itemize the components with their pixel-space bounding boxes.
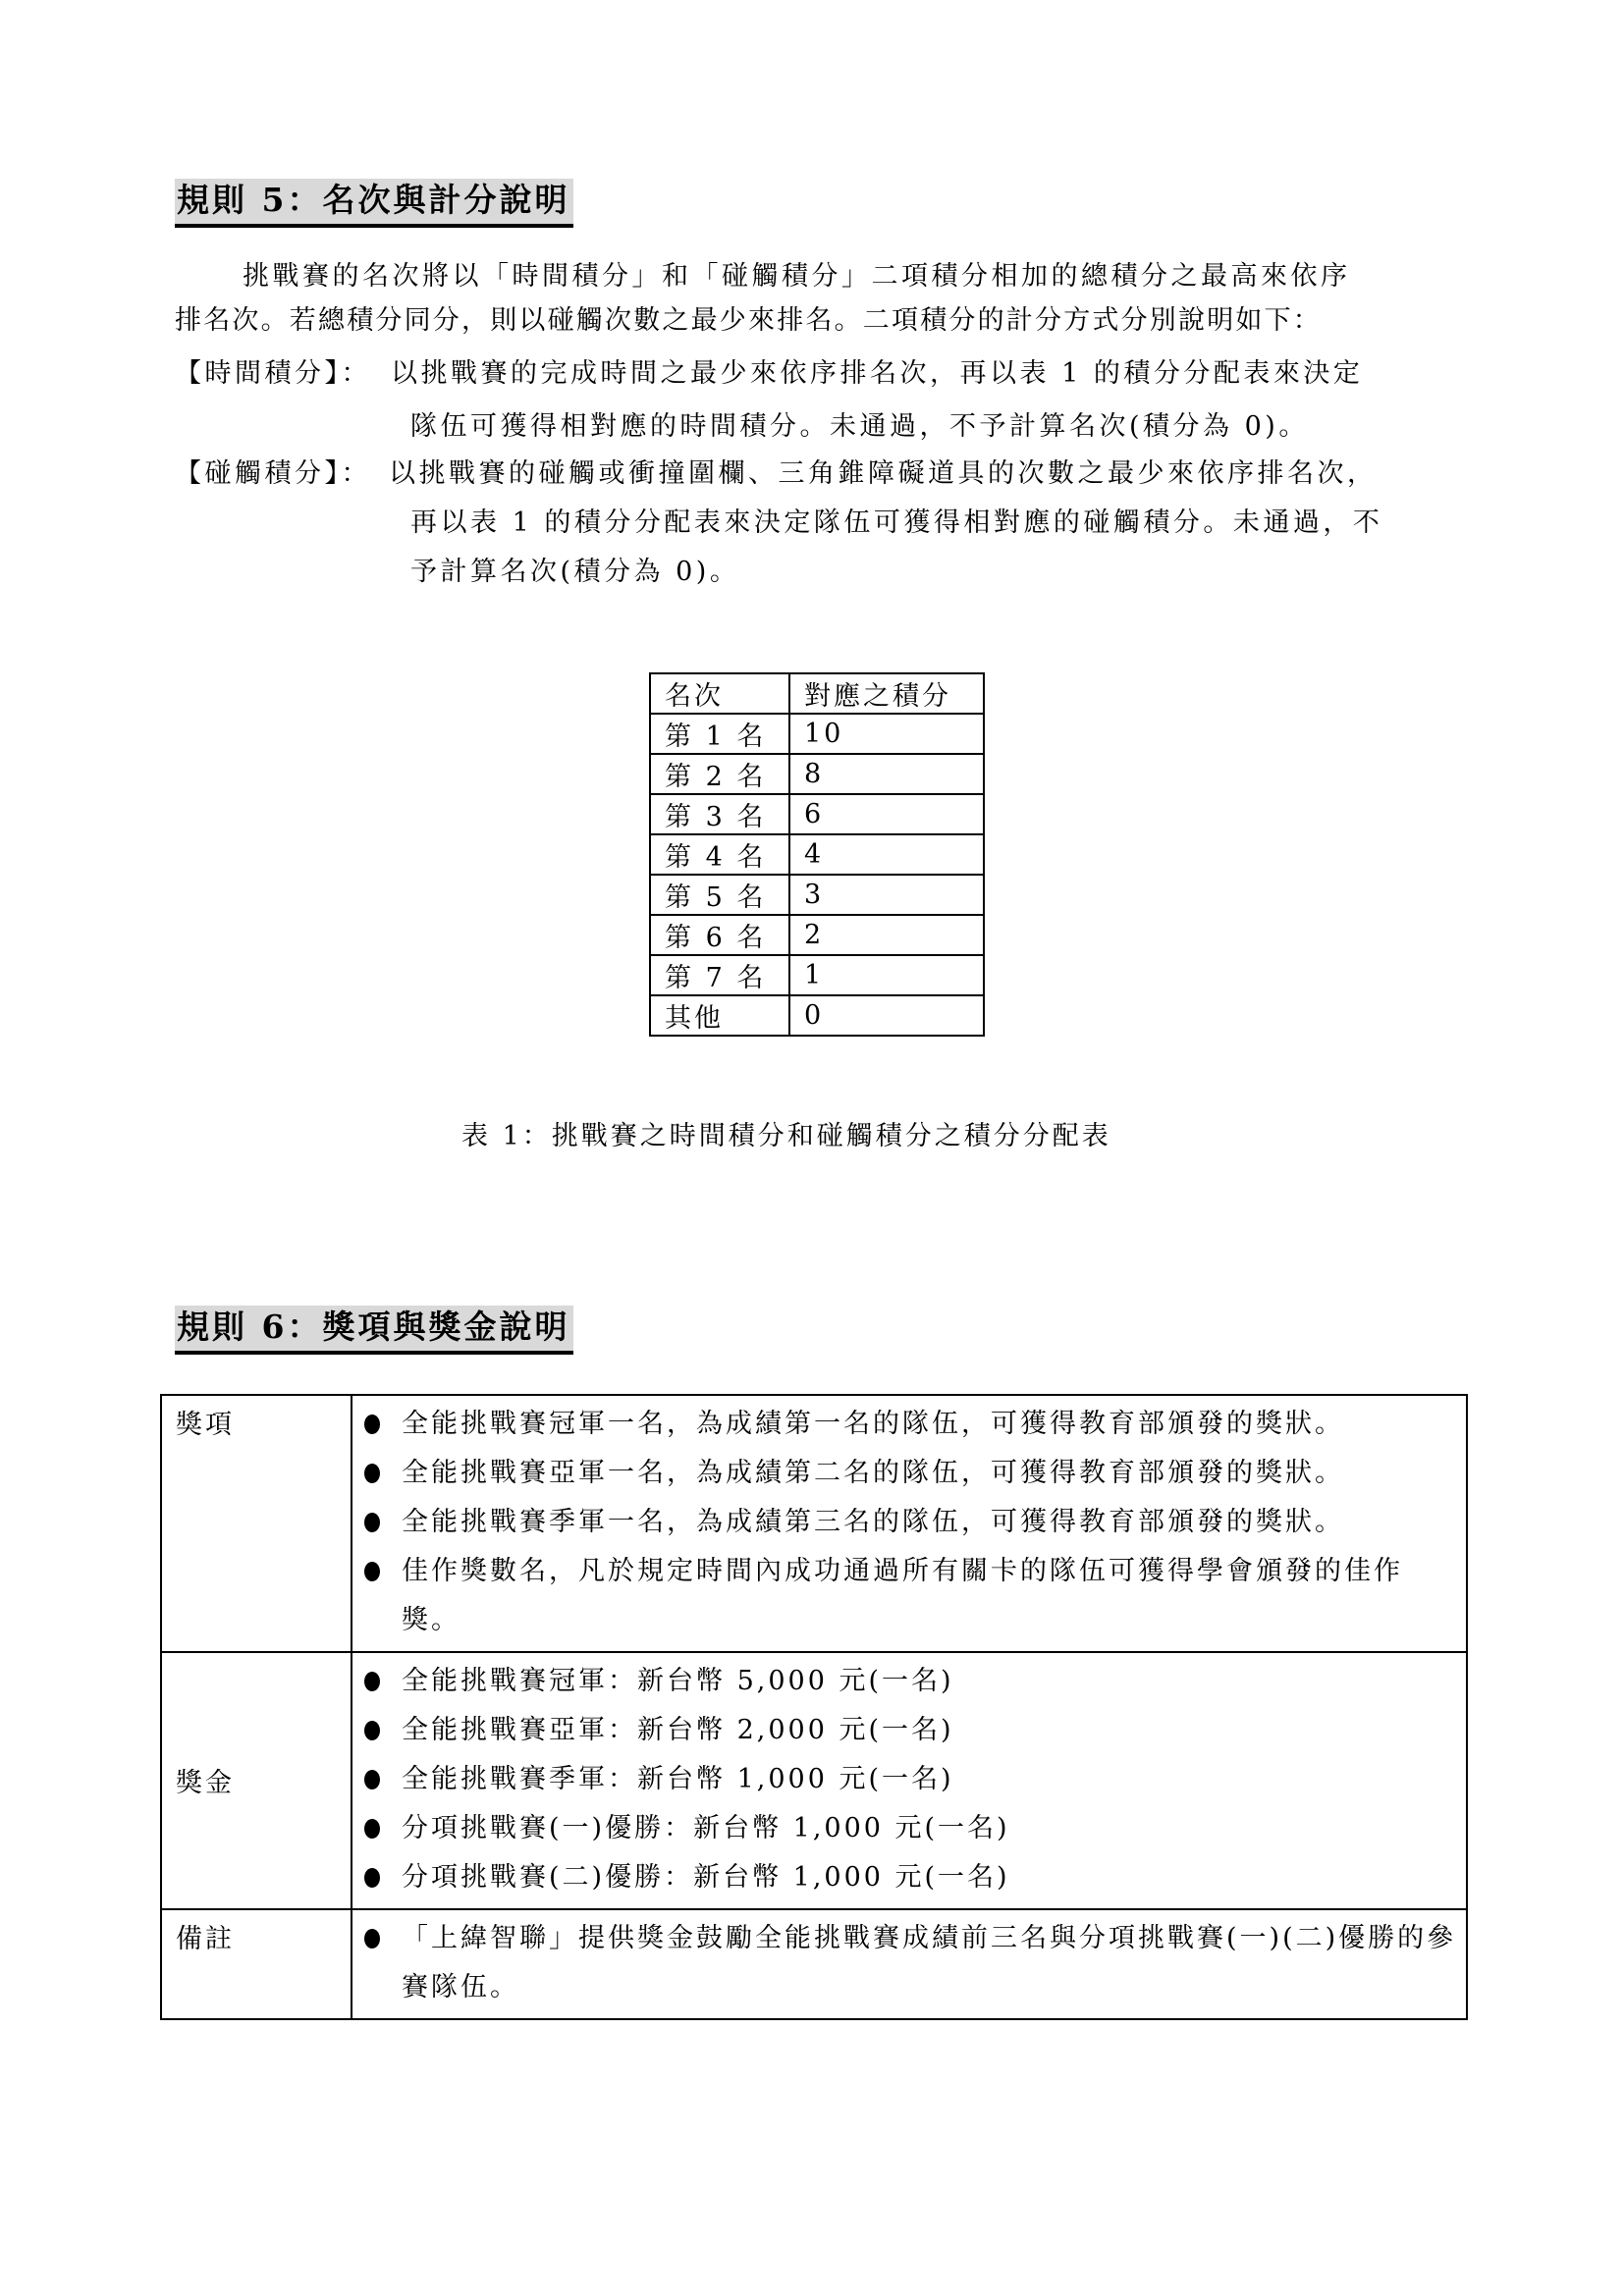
rule6-heading-text: 規則 6：獎項與獎金說明 (177, 1306, 569, 1349)
list-item-text: 全能挑戰賽季軍：新台幣 1,000 元(一名) (402, 1755, 1458, 1804)
list-item-text: 分項挑戰賽(二)優勝：新台幣 1,000 元(一名) (402, 1853, 1458, 1902)
rank-cell: 第 5 名 (650, 875, 789, 915)
rule6-heading: 規則 6：獎項與獎金說明 (175, 1306, 573, 1355)
score-cell: 0 (789, 995, 984, 1036)
notes-label: 備註 (161, 1909, 352, 2019)
list-item: 分項挑戰賽(一)優勝：新台幣 1,000 元(一名) (364, 1804, 1458, 1853)
rank-cell: 第 6 名 (650, 915, 789, 955)
bullet-icon (364, 1929, 380, 1949)
list-item-text: 佳作獎數名，凡於規定時間內成功通過所有關卡的隊伍可獲得學會頒發的佳作獎。 (402, 1547, 1458, 1645)
table-caption: 表 1：挑戰賽之時間積分和碰觸積分之積分分配表 (461, 1114, 1111, 1152)
score-cell: 3 (789, 875, 984, 915)
touch-score-line1: 以挑戰賽的碰觸或衝撞圍欄、三角錐障礙道具的次數之最少來依序排名次， (389, 452, 1378, 496)
rank-cell: 第 1 名 (650, 714, 789, 754)
table-row: 第 4 名 4 (650, 834, 984, 875)
time-score-line2: 隊伍可獲得相對應的時間積分。未通過，不予計算名次(積分為 0)。 (410, 404, 1309, 449)
bullet-icon (364, 1415, 380, 1434)
header-rank: 名次 (650, 673, 789, 714)
notes-row: 備註 「上緯智聯」提供獎金鼓勵全能挑戰賽成績前三名與分項挑戰賽(一)(二)優勝的… (161, 1909, 1467, 2019)
score-cell: 8 (789, 754, 984, 794)
list-item-text: 全能挑戰賽亞軍：新台幣 2,000 元(一名) (402, 1706, 1458, 1755)
awards-content: 全能挑戰賽冠軍一名，為成績第一名的隊伍，可獲得教育部頒發的獎狀。 全能挑戰賽亞軍… (352, 1395, 1467, 1652)
rule5-intro-line1: 挑戰賽的名次將以「時間積分」和「碰觸積分」二項積分相加的總積分之最高來依序 (243, 254, 1351, 298)
table-row: 第 3 名 6 (650, 794, 984, 834)
score-cell: 6 (789, 794, 984, 834)
table-row: 第 6 名 2 (650, 915, 984, 955)
score-cell: 10 (789, 714, 984, 754)
list-item-text: 全能挑戰賽季軍一名，為成績第三名的隊伍，可獲得教育部頒發的獎狀。 (402, 1498, 1458, 1547)
prize-money-label: 獎金 (161, 1652, 352, 1909)
list-item: 全能挑戰賽冠軍：新台幣 5,000 元(一名) (364, 1657, 1458, 1706)
list-item: 分項挑戰賽(二)優勝：新台幣 1,000 元(一名) (364, 1853, 1458, 1902)
time-score-label: 【時間積分】： (175, 351, 371, 396)
list-item-text: 全能挑戰賽冠軍一名，為成績第一名的隊伍，可獲得教育部頒發的獎狀。 (402, 1400, 1458, 1449)
notes-content: 「上緯智聯」提供獎金鼓勵全能挑戰賽成績前三名與分項挑戰賽(一)(二)優勝的參賽隊… (352, 1909, 1467, 2019)
list-item: 「上緯智聯」提供獎金鼓勵全能挑戰賽成績前三名與分項挑戰賽(一)(二)優勝的參賽隊… (364, 1914, 1458, 2012)
time-score-line1: 以挑戰賽的完成時間之最少來依序排名次，再以表 1 的積分分配表來決定 (391, 351, 1363, 396)
awards-row: 獎項 全能挑戰賽冠軍一名，為成績第一名的隊伍，可獲得教育部頒發的獎狀。 全能挑戰… (161, 1395, 1467, 1652)
list-item: 全能挑戰賽冠軍一名，為成績第一名的隊伍，可獲得教育部頒發的獎狀。 (364, 1400, 1458, 1449)
score-cell: 1 (789, 955, 984, 995)
bullet-icon (364, 1464, 380, 1483)
rank-cell: 其他 (650, 995, 789, 1036)
list-item-text: 「上緯智聯」提供獎金鼓勵全能挑戰賽成績前三名與分項挑戰賽(一)(二)優勝的參賽隊… (402, 1914, 1458, 2012)
touch-score-line3: 予計算名次(積分為 0)。 (410, 550, 739, 594)
list-item-text: 全能挑戰賽冠軍：新台幣 5,000 元(一名) (402, 1657, 1458, 1706)
table-row: 第 1 名 10 (650, 714, 984, 754)
score-cell: 2 (789, 915, 984, 955)
prize-money-row: 獎金 全能挑戰賽冠軍：新台幣 5,000 元(一名) 全能挑戰賽亞軍：新台幣 2… (161, 1652, 1467, 1909)
bullet-icon (364, 1562, 380, 1581)
touch-score-line2: 再以表 1 的積分分配表來決定隊伍可獲得相對應的碰觸積分。未通過，不 (410, 501, 1382, 545)
table-row: 第 2 名 8 (650, 754, 984, 794)
bullet-icon (364, 1770, 380, 1789)
rule5-intro-line2: 排名次。若總積分同分，則以碰觸次數之最少來排名。二項積分的計分方式分別說明如下： (175, 298, 1322, 343)
table-row: 第 7 名 1 (650, 955, 984, 995)
rule5-heading-text: 規則 5：名次與計分說明 (177, 179, 569, 222)
rank-cell: 第 2 名 (650, 754, 789, 794)
touch-score-label: 【碰觸積分】： (175, 452, 371, 496)
score-distribution-table: 名次 對應之積分 第 1 名 10 第 2 名 8 第 3 名 6 第 4 名 … (649, 672, 985, 1037)
list-item-text: 分項挑戰賽(一)優勝：新台幣 1,000 元(一名) (402, 1804, 1458, 1853)
list-item-text: 全能挑戰賽亞軍一名，為成績第二名的隊伍，可獲得教育部頒發的獎狀。 (402, 1449, 1458, 1498)
score-cell: 4 (789, 834, 984, 875)
header-score: 對應之積分 (789, 673, 984, 714)
rank-cell: 第 7 名 (650, 955, 789, 995)
bullet-icon (364, 1868, 380, 1888)
table-row: 其他 0 (650, 995, 984, 1036)
awards-label: 獎項 (161, 1395, 352, 1652)
table-header-row: 名次 對應之積分 (650, 673, 984, 714)
bullet-icon (364, 1819, 380, 1839)
document-page: 規則 5：名次與計分說明 挑戰賽的名次將以「時間積分」和「碰觸積分」二項積分相加… (0, 0, 1624, 2296)
rule5-heading: 規則 5：名次與計分說明 (175, 179, 573, 228)
table-row: 第 5 名 3 (650, 875, 984, 915)
bullet-icon (364, 1513, 380, 1532)
awards-table: 獎項 全能挑戰賽冠軍一名，為成績第一名的隊伍，可獲得教育部頒發的獎狀。 全能挑戰… (160, 1394, 1468, 2020)
bullet-icon (364, 1672, 380, 1691)
prize-money-content: 全能挑戰賽冠軍：新台幣 5,000 元(一名) 全能挑戰賽亞軍：新台幣 2,00… (352, 1652, 1467, 1909)
rank-cell: 第 3 名 (650, 794, 789, 834)
list-item: 全能挑戰賽季軍：新台幣 1,000 元(一名) (364, 1755, 1458, 1804)
list-item: 全能挑戰賽亞軍：新台幣 2,000 元(一名) (364, 1706, 1458, 1755)
list-item: 佳作獎數名，凡於規定時間內成功通過所有關卡的隊伍可獲得學會頒發的佳作獎。 (364, 1547, 1458, 1645)
rank-cell: 第 4 名 (650, 834, 789, 875)
list-item: 全能挑戰賽季軍一名，為成績第三名的隊伍，可獲得教育部頒發的獎狀。 (364, 1498, 1458, 1547)
bullet-icon (364, 1721, 380, 1740)
list-item: 全能挑戰賽亞軍一名，為成績第二名的隊伍，可獲得教育部頒發的獎狀。 (364, 1449, 1458, 1498)
